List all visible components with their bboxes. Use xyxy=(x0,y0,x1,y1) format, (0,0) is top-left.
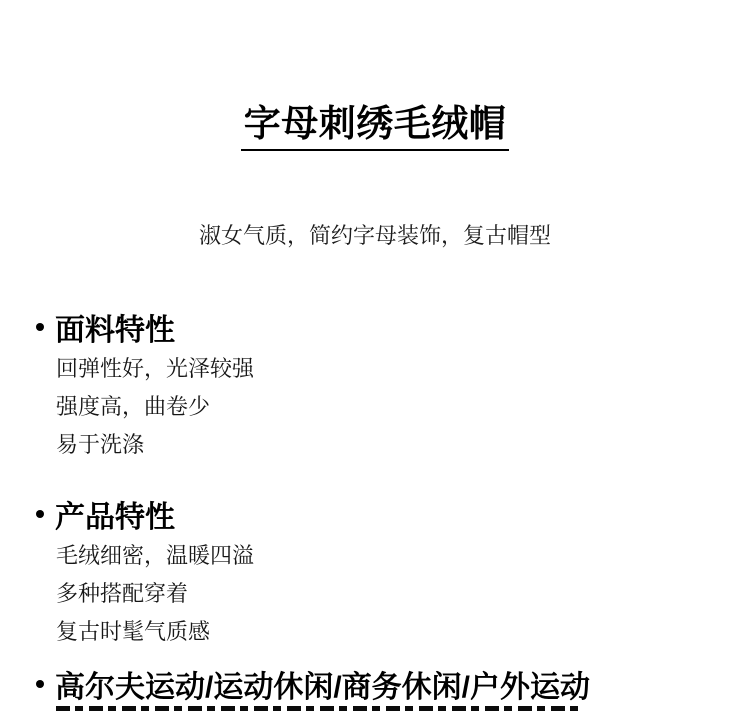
section-scenarios-heading: 高尔夫运动/运动休闲/商务休闲/户外运动 xyxy=(36,665,590,703)
feature-line: 回弹性好，光泽较强 xyxy=(56,350,254,388)
bullet-icon xyxy=(36,510,44,518)
feature-line: 多种搭配穿着 xyxy=(56,575,254,613)
feature-line: 强度高，曲卷少 xyxy=(56,388,254,426)
feature-line: 复古时髦气质感 xyxy=(56,613,254,651)
section-fabric-heading: 面料特性 xyxy=(36,308,175,346)
section-product-lines: 毛绒细密，温暖四溢 多种搭配穿着 复古时髦气质感 xyxy=(56,537,254,651)
feature-line: 毛绒细密，温暖四溢 xyxy=(56,537,254,575)
product-description-page: 字母刺绣毛绒帽 淑女气质，简约字母装饰，复古帽型 面料特性 回弹性好，光泽较强 … xyxy=(0,0,750,711)
section-fabric-lines: 回弹性好，光泽较强 强度高，曲卷少 易于洗涤 xyxy=(56,350,254,464)
feature-line: 易于洗涤 xyxy=(56,426,254,464)
section-product-title: 产品特性 xyxy=(55,492,175,536)
page-title-row: 字母刺绣毛绒帽 xyxy=(0,101,750,151)
section-scenarios-title: 高尔夫运动/运动休闲/商务休闲/户外运动 xyxy=(55,662,590,706)
section-product-heading: 产品特性 xyxy=(36,495,175,533)
page-title: 字母刺绣毛绒帽 xyxy=(241,101,510,151)
bullet-icon xyxy=(36,680,44,688)
section-fabric-title: 面料特性 xyxy=(55,305,175,349)
bullet-icon xyxy=(36,323,44,331)
cutoff-text-row xyxy=(56,706,584,711)
page-subtitle: 淑女气质，简约字母装饰，复古帽型 xyxy=(0,220,750,252)
